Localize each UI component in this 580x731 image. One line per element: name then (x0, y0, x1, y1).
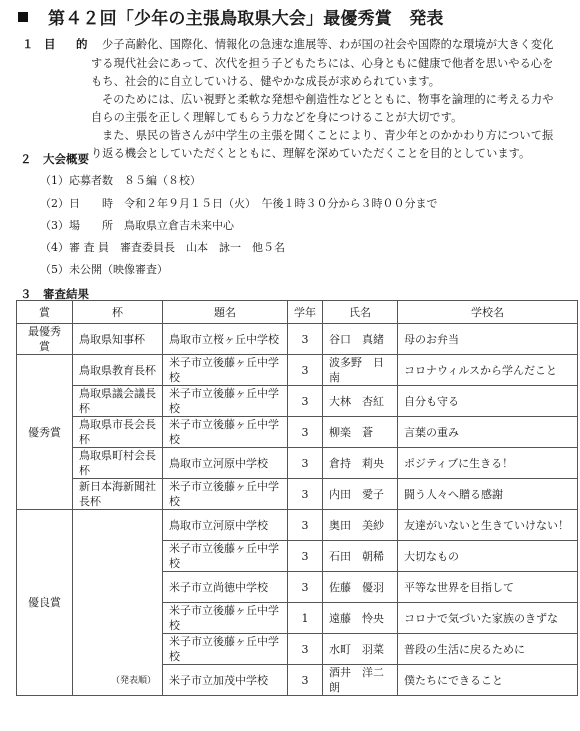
section2-heading: ２ 大会概要 (20, 151, 89, 167)
overview-item: （4）審 査 員 審査委員長 山本 詠一 他５名 (40, 239, 285, 255)
table-row: 鳥取県町村会長杯 鳥取市立河原中学校 3 倉持 莉央 ポジティブに生きる！ (17, 448, 578, 479)
grade-cell: 3 (288, 541, 323, 572)
table-row: 優良賞 （発表順） 鳥取市立河原中学校 3 奥田 美紗 友達がいないと生きていけ… (17, 510, 578, 541)
name-cell: 遠藤 怜央 (323, 603, 398, 634)
name-cell: 倉持 莉央 (323, 448, 398, 479)
table-row: 最優秀賞 鳥取県知事杯 鳥取市立桜ヶ丘中学校 3 谷口 真緒 母のお弁当 (17, 324, 578, 355)
results-table: 賞 杯 題名 学年 氏名 学校名 最優秀賞 鳥取県知事杯 鳥取市立桜ヶ丘中学校 … (16, 300, 578, 696)
name-cell: 水町 羽菜 (323, 634, 398, 665)
grade-cell: 3 (288, 572, 323, 603)
title-cell: 闘う人々へ贈る感謝 (398, 479, 578, 510)
purpose-line: 少子高齢化、国際化、情報化の急速な進展等、わが国の社会や国際的な環境が大きく変化 (102, 36, 554, 52)
school-cell: 米子市立加茂中学校 (163, 665, 288, 696)
name-cell: 大林 杏紅 (323, 386, 398, 417)
purpose-line: 自らの主張を正しく理解してもらう力などを身につけることが大切です。 (91, 109, 462, 125)
title-cell: 大切なもの (398, 541, 578, 572)
purpose-line: もち、社会的に自立していける、健やかな成長が求められています。 (91, 73, 440, 89)
title-cell: 友達がいないと生きていけない！ (398, 510, 578, 541)
purpose-line: また、県民の皆さんが中学生の主張を聞くことにより、青少年とのかかわり方について振 (102, 127, 553, 143)
column-header-cup: 杯 (73, 301, 163, 324)
cup-cell: 鳥取県町村会長杯 (73, 448, 163, 479)
purpose-line: する現代社会にあって、次代を担う子どもたちには、心身ともに健康で他者を思いやる心… (91, 55, 553, 71)
award-cell: 最優秀賞 (17, 324, 73, 355)
title-cell: ポジティブに生きる！ (398, 448, 578, 479)
purpose-line: り返る機会としていただくとともに、理解を深めていただくことを目的としています。 (91, 145, 530, 161)
grade-cell: 3 (288, 479, 323, 510)
column-header-grade: 学年 (288, 301, 323, 324)
grade-cell: 3 (288, 324, 323, 355)
cup-cell: 鳥取県議会議長杯 (73, 386, 163, 417)
title-cell: 僕たちにできること (398, 665, 578, 696)
column-header-title: 題名 (163, 301, 288, 324)
overview-item: （3）場 所 鳥取県立倉吉未来中心 (40, 217, 234, 233)
award-cell: 優良賞 (17, 510, 73, 696)
award-cell: 優秀賞 (17, 355, 73, 510)
title-cell: 言葉の重み (398, 417, 578, 448)
grade-cell: 3 (288, 665, 323, 696)
title-cell: コロナウィルスから学んだこと (398, 355, 578, 386)
overview-item: （1）応募者数 ８５編（８校） (40, 172, 201, 188)
school-cell: 米子市立後藤ヶ丘中学校 (163, 386, 288, 417)
name-cell: 佐藤 優羽 (323, 572, 398, 603)
cup-cell: 鳥取県教育長杯 (73, 355, 163, 386)
name-cell: 酒井 洋二朗 (323, 665, 398, 696)
page-title-text: 第４２回「少年の主張鳥取県大会」最優秀賞 発表 (48, 9, 444, 29)
column-header-name: 氏名 (323, 301, 398, 324)
school-cell: 米子市立後藤ヶ丘中学校 (163, 603, 288, 634)
table-row: 鳥取県市長会長杯 米子市立後藤ヶ丘中学校 3 柳楽 蒼 言葉の重み (17, 417, 578, 448)
name-cell: 奥田 美紗 (323, 510, 398, 541)
title-cell: コロナで気づいた家族のきずな (398, 603, 578, 634)
cup-cell: 鳥取県知事杯 (73, 324, 163, 355)
overview-item: （5）未公開（映像審査） (40, 261, 168, 277)
section1-number: １ (22, 36, 34, 52)
grade-cell: 3 (288, 634, 323, 665)
school-cell: 米子市立後藤ヶ丘中学校 (163, 479, 288, 510)
grade-cell: 3 (288, 417, 323, 448)
school-cell: 米子市立後藤ヶ丘中学校 (163, 634, 288, 665)
grade-cell: 3 (288, 386, 323, 417)
purpose-line: そのためには、広い視野と柔軟な発想や創造性などとともに、物事を論理的に考える力や (102, 91, 554, 107)
title-cell: 自分も守る (398, 386, 578, 417)
square-bullet-icon (18, 12, 28, 22)
school-cell: 鳥取市立河原中学校 (163, 448, 288, 479)
cup-cell: 新日本海新聞社長杯 (73, 479, 163, 510)
name-cell: 柳楽 蒼 (323, 417, 398, 448)
order-note: （発表順） (111, 674, 156, 689)
school-cell: 米子市立後藤ヶ丘中学校 (163, 541, 288, 572)
grade-cell: 3 (288, 355, 323, 386)
section1-label-a: 目 (44, 36, 56, 52)
grade-cell: 3 (288, 448, 323, 479)
school-cell: 米子市立尚徳中学校 (163, 572, 288, 603)
table-row: 優秀賞 鳥取県教育長杯 米子市立後藤ヶ丘中学校 3 波多野 日南 コロナウィルス… (17, 355, 578, 386)
cup-cell: （発表順） (73, 510, 163, 696)
school-cell: 鳥取市立河原中学校 (163, 510, 288, 541)
name-cell: 谷口 真緒 (323, 324, 398, 355)
table-row: 鳥取県議会議長杯 米子市立後藤ヶ丘中学校 3 大林 杏紅 自分も守る (17, 386, 578, 417)
name-cell: 石田 朝稀 (323, 541, 398, 572)
grade-cell: 1 (288, 603, 323, 634)
column-header-award: 賞 (17, 301, 73, 324)
grade-cell: 3 (288, 510, 323, 541)
table-header-row: 賞 杯 題名 学年 氏名 学校名 (17, 301, 578, 324)
page-title: 第４２回「少年の主張鳥取県大会」最優秀賞 発表 (18, 4, 444, 29)
name-cell: 内田 愛子 (323, 479, 398, 510)
column-header-school: 学校名 (398, 301, 578, 324)
overview-item: （2）日 時 令和２年９月１５日（火） 午後１時３０分から３時００分まで (40, 195, 438, 211)
table-row: 新日本海新聞社長杯 米子市立後藤ヶ丘中学校 3 内田 愛子 闘う人々へ贈る感謝 (17, 479, 578, 510)
title-cell: 母のお弁当 (398, 324, 578, 355)
title-cell: 平等な世界を目指して (398, 572, 578, 603)
school-cell: 鳥取市立桜ヶ丘中学校 (163, 324, 288, 355)
school-cell: 米子市立後藤ヶ丘中学校 (163, 355, 288, 386)
title-cell: 普段の生活に戻るために (398, 634, 578, 665)
section1-label-b: 的 (76, 36, 88, 52)
cup-cell: 鳥取県市長会長杯 (73, 417, 163, 448)
school-cell: 米子市立後藤ヶ丘中学校 (163, 417, 288, 448)
name-cell: 波多野 日南 (323, 355, 398, 386)
